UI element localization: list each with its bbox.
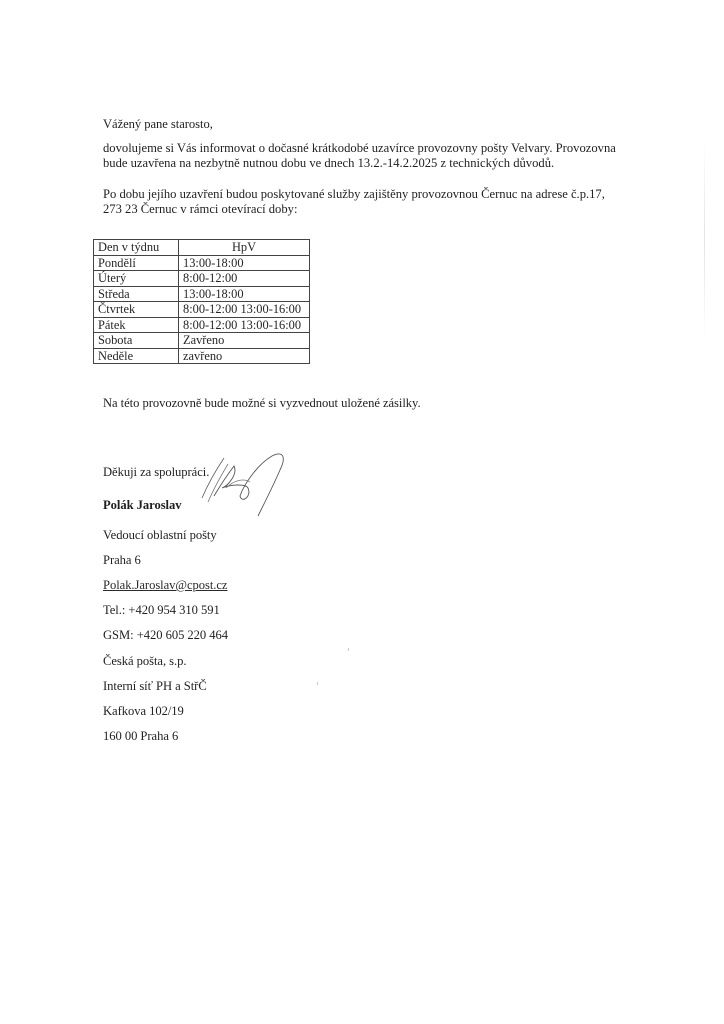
signatory-position: Vedoucí oblastní pošty (103, 528, 217, 543)
hours-cell: 8:00-12:00 13:00-16:00 (179, 317, 310, 333)
table-row: Středa13:00-18:00 (94, 286, 310, 302)
paragraph-line: 273 23 Černuc v rámci otevírací doby: (103, 202, 623, 217)
table-header-row: Den v týdnu HpV (94, 240, 310, 256)
hours-cell: zavřeno (179, 348, 310, 364)
scan-speck (348, 648, 349, 651)
table-row: Pondělí13:00-18:00 (94, 255, 310, 271)
company-name: Česká pošta, s.p. (103, 654, 186, 669)
table-row: Čtvrtek8:00-12:00 13:00-16:00 (94, 302, 310, 318)
day-cell: Čtvrtek (94, 302, 179, 318)
scan-artifact-line (704, 140, 705, 340)
day-cell: Pátek (94, 317, 179, 333)
day-cell: Sobota (94, 333, 179, 349)
opening-hours-table: Den v týdnu HpV Pondělí13:00-18:00Úterý8… (93, 239, 310, 364)
scan-speck (317, 682, 318, 685)
hours-cell: 8:00-12:00 13:00-16:00 (179, 302, 310, 318)
paragraph-alternative-office: Po dobu jejího uzavření budou poskytovan… (103, 187, 623, 217)
day-cell: Středa (94, 286, 179, 302)
day-cell: Neděle (94, 348, 179, 364)
day-cell: Úterý (94, 271, 179, 287)
table-row: Úterý8:00-12:00 (94, 271, 310, 287)
table-row: SobotaZavřeno (94, 333, 310, 349)
signatory-phone: Tel.: +420 954 310 591 (103, 603, 220, 618)
signatory-name: Polák Jaroslav (103, 498, 182, 513)
department: Interní síť PH a StřČ (103, 679, 207, 694)
hours-cell: 13:00-18:00 (179, 255, 310, 271)
scanned-letter-page: Vážený pane starosto, dovolujeme si Vás … (0, 0, 724, 1024)
day-cell: Pondělí (94, 255, 179, 271)
signatory-mobile: GSM: +420 605 220 464 (103, 628, 228, 643)
street-address: Kafkova 102/19 (103, 704, 184, 719)
table-row: Pátek8:00-12:00 13:00-16:00 (94, 317, 310, 333)
city-address: 160 00 Praha 6 (103, 729, 178, 744)
hours-cell: 13:00-18:00 (179, 286, 310, 302)
paragraph-line: dovolujeme si Vás informovat o dočasné k… (103, 141, 623, 156)
hours-cell: 8:00-12:00 (179, 271, 310, 287)
handwritten-signature (198, 444, 298, 524)
closing-phrase: Děkuji za spolupráci. (103, 465, 209, 480)
pickup-note: Na této provozovně bude možné si vyzvedn… (103, 396, 421, 411)
paragraph-closure-notice: dovolujeme si Vás informovat o dočasné k… (103, 141, 623, 171)
column-header-hours: HpV (179, 240, 310, 256)
table-row: Nedělezavřeno (94, 348, 310, 364)
paragraph-line: bude uzavřena na nezbytně nutnou dobu ve… (103, 156, 623, 171)
hours-cell: Zavřeno (179, 333, 310, 349)
paragraph-line: Po dobu jejího uzavření budou poskytovan… (103, 187, 623, 202)
signatory-email-link[interactable]: Polak.Jaroslav@cpost.cz (103, 578, 227, 593)
column-header-day: Den v týdnu (94, 240, 179, 256)
salutation: Vážený pane starosto, (103, 117, 213, 132)
signatory-region: Praha 6 (103, 553, 141, 568)
